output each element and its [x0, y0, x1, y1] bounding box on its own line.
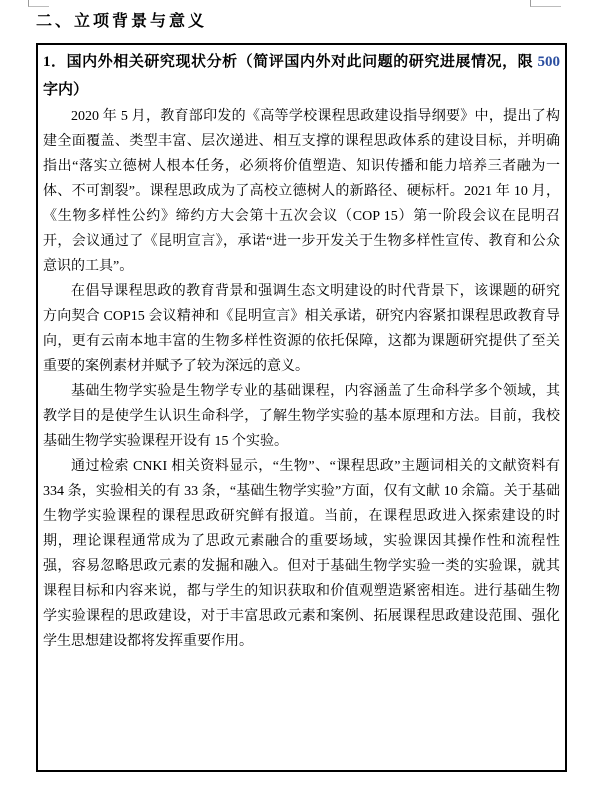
research-status-heading: 1．国内外相关研究现状分析（简评国内外对此问题的研究进展情况，限 500 字内） — [43, 48, 560, 104]
paragraph-course-introduction: 基础生物学实验是生物学专业的基础课程，内容涵盖了生命科学多个领域，其教学目的是使… — [43, 379, 560, 454]
paragraph-research-direction: 在倡导课程思政的教育背景和强调生态文明建设的时代背景下，该课题的研究方向契合 C… — [43, 279, 560, 379]
text-boundary-mark-right — [530, 0, 561, 7]
heading-text-before-limit: 1．国内外相关研究现状分析（简评国内外对此问题的研究进展情况，限 — [43, 54, 538, 70]
word-limit-value: 500 — [538, 54, 561, 70]
section-title: 二、立项背景与意义 — [36, 8, 207, 31]
heading-text-after-limit: 字内） — [43, 82, 88, 98]
research-status-box: 1．国内外相关研究现状分析（简评国内外对此问题的研究进展情况，限 500 字内）… — [36, 43, 567, 772]
text-boundary-mark-left — [28, 0, 49, 7]
paragraph-cnki-literature-review: 通过检索 CNKI 相关资料显示，“生物”、“课程思政”主题词相关的文献资料有 … — [43, 454, 560, 654]
paragraph-policy-background: 2020 年 5 月，教育部印发的《高等学校课程思政建设指导纲要》中，提出了构建… — [43, 104, 560, 279]
